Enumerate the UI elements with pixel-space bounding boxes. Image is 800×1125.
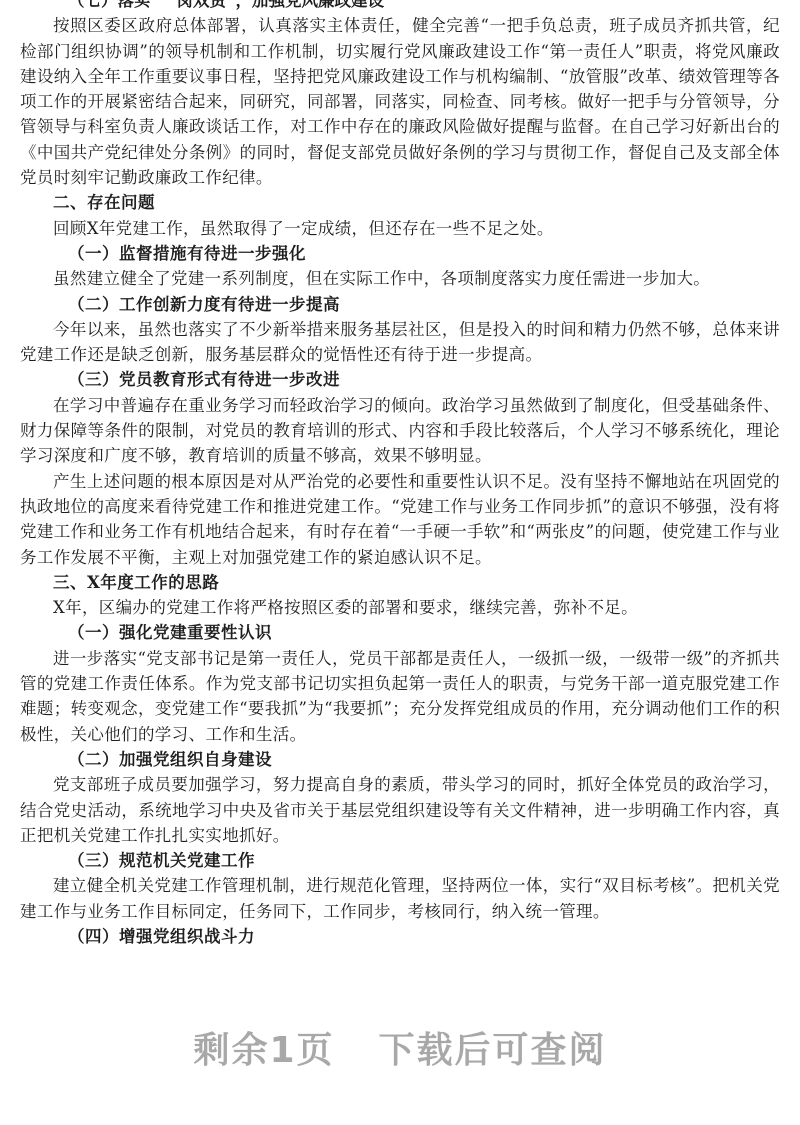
- subsection-heading: （一）强化党建重要性认识: [20, 620, 780, 645]
- download-hint-label: 下载后可查阅: [379, 1030, 607, 1071]
- paragraph: 建立健全机关党建工作管理机制，进行规范化管理，坚持两位一体，实行“双目标考核”。…: [20, 873, 780, 924]
- paragraph: 回顾X年党建工作，虽然取得了一定成绩，但还存在一些不足之处。: [20, 216, 780, 241]
- remaining-pages-label: 剩余1页: [193, 1030, 334, 1071]
- paragraph: 按照区委区政府总体部署，认真落实主体责任，健全完善“一把手负总责，班子成员齐抓共…: [20, 13, 780, 190]
- subsection-heading: （三）规范机关党建工作: [20, 848, 780, 873]
- subsection-heading: （二）工作创新力度有待进一步提高: [20, 292, 780, 317]
- paragraph: 虽然建立健全了党建一系列制度，但在实际工作中，各项制度落实力度任需进一步加大。: [20, 266, 780, 291]
- section-heading: 二、存在问题: [20, 190, 780, 215]
- paragraph: 在学习中普遍存在重业务学习而轻政治学习的倾向。政治学习虽然做到了制度化，但受基础…: [20, 393, 780, 469]
- paragraph: 产生上述问题的根本原因是对从严治党的必要性和重要性认识不足。没有坚持不懈地站在巩…: [20, 469, 780, 570]
- subsection-heading: （四）增强党组织战斗力: [20, 924, 780, 949]
- subsection-heading: （三）党员教育形式有待进一步改进: [20, 367, 780, 392]
- subsection-heading: （二）加强党组织自身建设: [20, 747, 780, 772]
- paragraph: 今年以来，虽然也落实了不少新举措来服务基层社区，但是投入的时间和精力仍然不够，总…: [20, 317, 780, 368]
- section-heading-cut: （七）落实“一岗双责”，加强党风廉政建设: [20, 0, 780, 13]
- document-page: （七）落实“一岗双责”，加强党风廉政建设 按照区委区政府总体部署，认真落实主体责…: [0, 0, 800, 1125]
- section-heading: 三、X年度工作的思路: [20, 570, 780, 595]
- paragraph: X年，区编办的党建工作将严格按照区委的部署和要求，继续完善，弥补不足。: [20, 595, 780, 620]
- subsection-heading: （一）监督措施有待进一步强化: [20, 241, 780, 266]
- document-body: （七）落实“一岗双责”，加强党风廉政建设 按照区委区政府总体部署，认真落实主体责…: [20, 0, 780, 949]
- paragraph: 党支部班子成员要加强学习，努力提高自身的素质，带头学习的同时，抓好全体党员的政治…: [20, 772, 780, 848]
- download-prompt[interactable]: 剩余1页下载后可查阅: [0, 1022, 800, 1073]
- paragraph: 进一步落实“党支部书记是第一责任人，党员干部都是责任人，一级抓一级，一级带一级”…: [20, 646, 780, 747]
